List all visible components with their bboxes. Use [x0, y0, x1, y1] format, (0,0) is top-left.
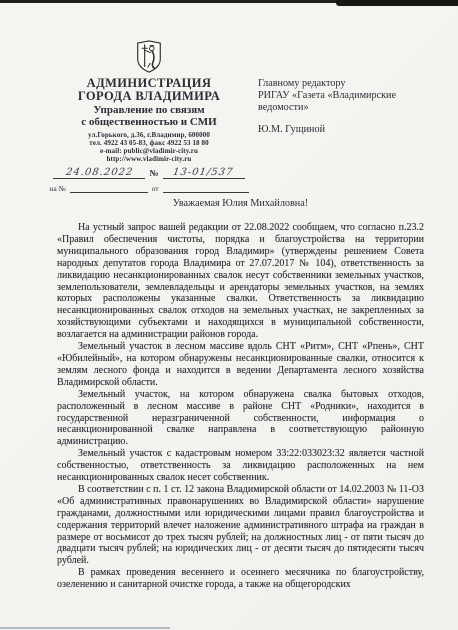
department-line2: с общественностью и СМИ — [40, 117, 258, 129]
recipient-block: Главному редактору РИГАУ «Газета «Владим… — [258, 78, 428, 136]
paragraph-responsibility: На устный запрос вашей редакции от 22.08… — [57, 222, 424, 341]
paragraph-cleanup-months: В рамках проведения весеннего и осеннего… — [57, 567, 424, 591]
address-line: ул.Горького, д.36, г.Владимир, 600000 — [40, 131, 258, 139]
website-line: http://www.vladimir-city.ru — [40, 155, 258, 163]
ref-from-label: от — [152, 184, 159, 193]
paragraph-rodniki: Земельный участок, на котором обнаружена… — [57, 389, 424, 449]
ref-number-label: на № — [49, 184, 65, 193]
paragraph-fines: В соответствии с п. 1 ст. 12 закона Влад… — [57, 484, 424, 567]
paragraph-cadastral: Земельный участок с кадастровым номером … — [57, 448, 424, 484]
paragraph-forest-fund: Земельный участок в лесном массиве вдоль… — [57, 341, 424, 389]
ref-number-blank — [70, 183, 148, 193]
phone-line: тел. 4922 43 05-83, факс 4922 53 18 80 — [40, 139, 258, 147]
handwritten-doc-number: 13-01/537 — [173, 167, 235, 178]
recipient-org-line2: ведомости» — [258, 102, 428, 114]
letterhead: АДМИНИСТРАЦИЯ ГОРОДА ВЛАДИМИРА Управлени… — [40, 40, 258, 193]
letter-body: На устный запрос вашей редакции от 22.08… — [57, 222, 424, 591]
scan-artifact-top-right — [336, 0, 458, 6]
recipient-title: Главному редактору — [258, 78, 428, 90]
scanned-letter-page: АДМИНИСТРАЦИЯ ГОРОДА ВЛАДИМИРА Управлени… — [0, 0, 458, 630]
reference-line: на № от — [40, 183, 258, 193]
recipient-name: Ю.М. Гущиной — [258, 124, 428, 136]
handwritten-date: 24.08.2022 — [65, 167, 134, 178]
vladimir-coat-of-arms-icon — [136, 40, 162, 73]
scan-artifact-bottom-line — [0, 627, 170, 629]
recipient-org-line1: РИГАУ «Газета «Владимирские — [258, 90, 428, 102]
salutation: Уважаемая Юлия Михайловна! — [57, 198, 424, 209]
email-line: e-mail: public@vladimir-city.ru — [40, 147, 258, 155]
department-line1: Управление по связям — [40, 105, 258, 117]
org-name-line2: ГОРОДА ВЛАДИМИРА — [40, 90, 258, 103]
date-number-line: 24.08.2022 № 13-01/537 — [40, 167, 258, 179]
org-name-line1: АДМИНИСТРАЦИЯ — [40, 77, 258, 90]
number-sign: № — [149, 168, 158, 179]
ref-date-blank — [163, 183, 249, 193]
contact-block: ул.Горького, д.36, г.Владимир, 600000 те… — [40, 131, 258, 163]
